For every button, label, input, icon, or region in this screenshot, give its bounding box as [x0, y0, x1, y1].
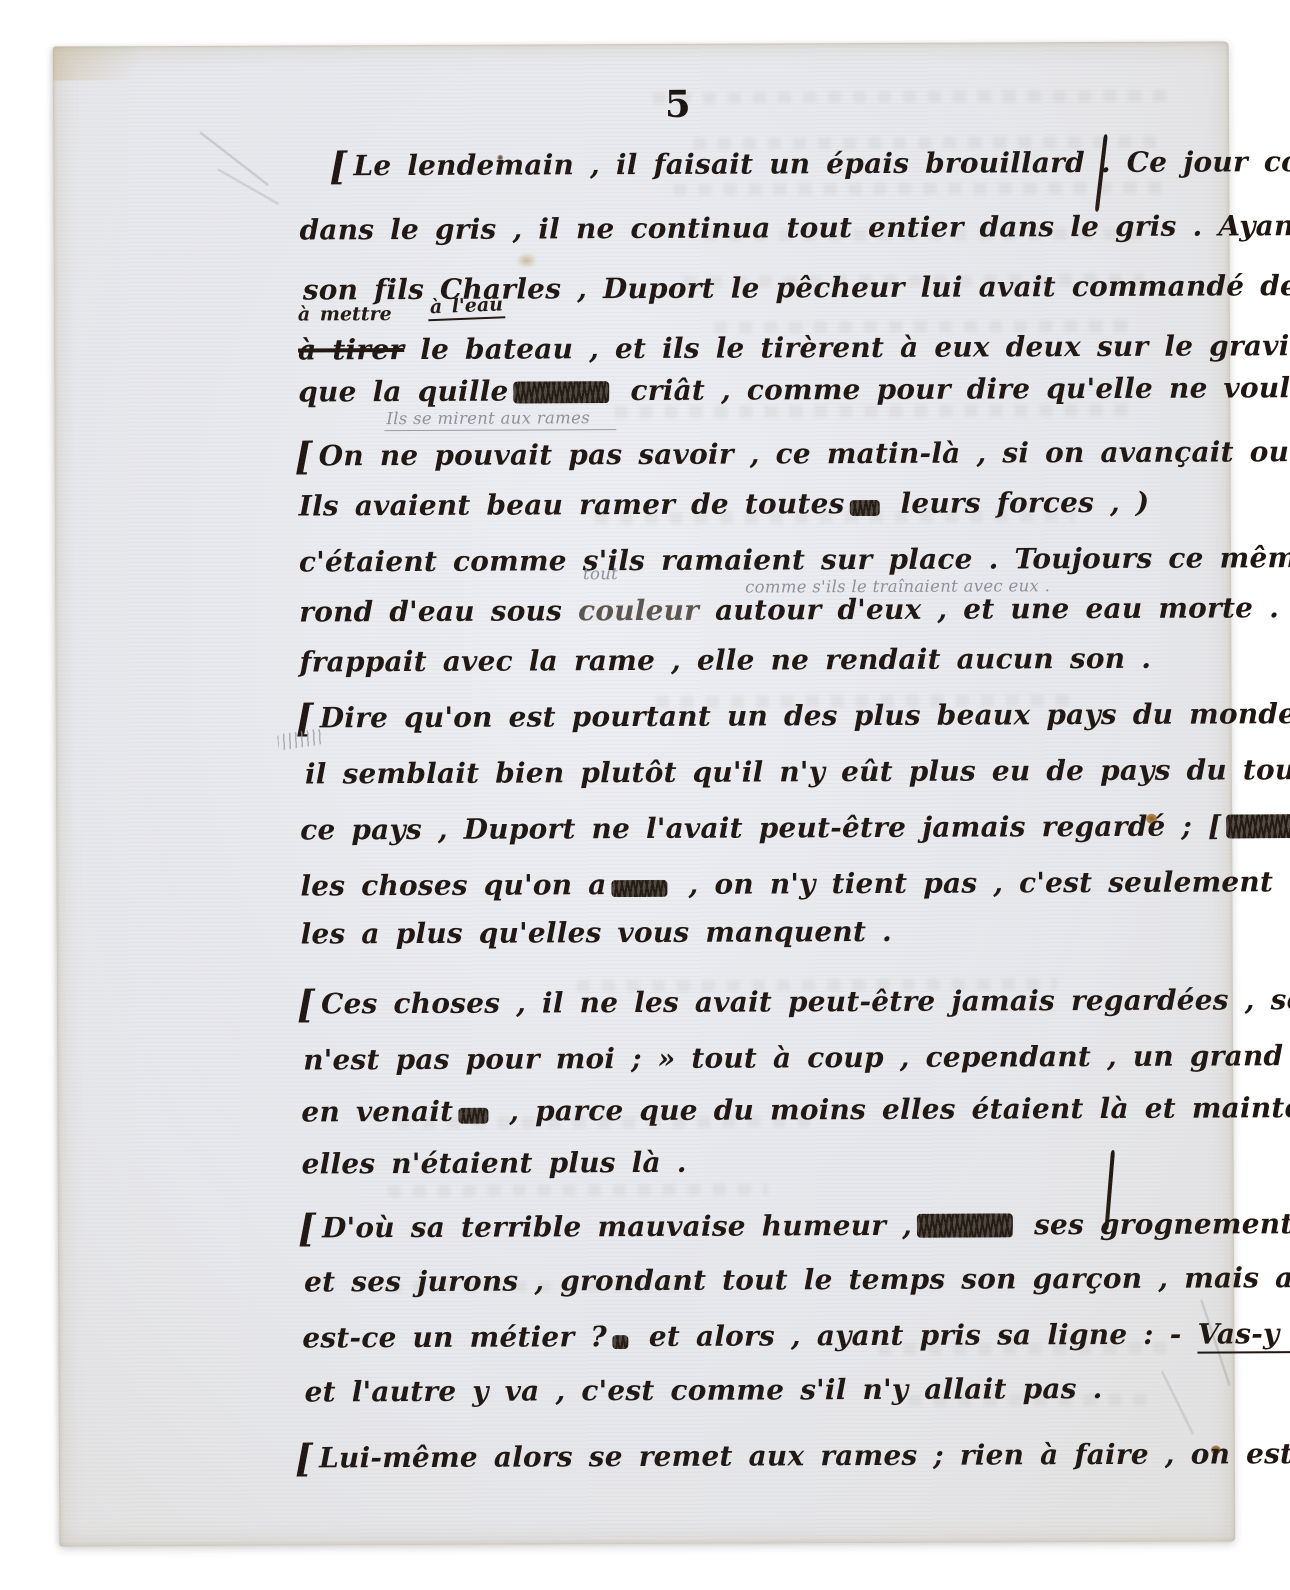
scratch-mark [1162, 1371, 1194, 1434]
bleedthrough-text [653, 90, 1173, 104]
manuscript-line: Ils avaient beau ramer de toutes leurs f… [299, 486, 1150, 524]
scanned-manuscript-page: 5 [Le lendemain , il faisait un épais br… [0, 0, 1290, 1590]
manuscript-line: est-ce un métier ? et alors , ayant pris… [302, 1317, 1290, 1355]
manuscript-line: n'est pas pour moi ; » tout à coup , cep… [303, 1038, 1290, 1077]
pencil-text: Ils se mirent aux rames [386, 408, 590, 428]
line-text: et alors , ayant pris sa ligne : - [633, 1318, 1198, 1353]
scribbled-out-word [612, 880, 668, 897]
line-text: Lui-même alors se remet aux rames ; rien… [319, 1436, 1290, 1474]
page-number: 5 [665, 82, 691, 126]
line-text: le bateau , et ils le tirèrent à eux deu… [404, 329, 1290, 366]
line-text: elles n'étaient plus là . [302, 1146, 687, 1181]
manuscript-line: elles n'étaient plus là . [302, 1146, 687, 1182]
line-text: Ces choses , il ne les avait peut-être j… [321, 982, 1290, 1020]
scribbled-out-word [1226, 814, 1290, 838]
manuscript-line: les a plus qu'elles vous manquent . [301, 915, 892, 952]
struck-word: à tirer [298, 333, 404, 366]
line-text: dans le gris , il ne continua tout entie… [299, 209, 1290, 247]
scribbled-out-word [612, 1335, 628, 1349]
manuscript-line: [Dire qu'on est pourtant un des plus bea… [296, 696, 1290, 735]
interlinear-insertion: à mettre [298, 303, 392, 325]
pencil-margin-note [277, 728, 323, 750]
manuscript-line: [On ne pouvait pas savoir , ce matin-là … [294, 435, 1290, 474]
crease-line [218, 168, 280, 204]
scribbled-out-word [850, 500, 880, 516]
line-text: leurs forces , ) [884, 486, 1149, 520]
crease-line [200, 132, 269, 186]
paragraph-mark: [ [297, 981, 315, 1026]
paragraph-mark: [ [294, 433, 312, 478]
line-text: est-ce un métier ? [302, 1320, 607, 1354]
line-text: , on n'y tient pas , c'est seulement qua… [672, 864, 1290, 901]
paper-sheet: 5 [Le lendemain , il faisait un épais br… [53, 41, 1236, 1546]
line-text: les a plus qu'elles vous manquent . [301, 915, 892, 951]
line-text: ce pays , Duport ne l'avait peut-être ja… [300, 809, 1221, 846]
worn-corner [53, 46, 173, 81]
line-text: que la quille [298, 375, 508, 409]
insertion-text: à mettre [298, 303, 392, 325]
manuscript-line: [Le lendemain , il faisait un épais brou… [329, 145, 1290, 184]
bleedthrough-text [673, 182, 1163, 196]
line-text: criât , comme pour dire qu'elle ne voula… [614, 371, 1290, 408]
paragraph-mark: [ [295, 1435, 313, 1480]
light-ink-word: couleur [578, 594, 699, 628]
line-text: frappait avec la rame , elle ne rendait … [299, 642, 1151, 679]
line-text: Le lendemain , il faisait un épais broui… [353, 145, 1290, 183]
line-text: et ses jurons , grondant tout le temps s… [304, 1261, 1290, 1299]
manuscript-line: et l'autre y va , c'est comme s'il n'y a… [305, 1372, 1103, 1409]
manuscript-line: frappait avec la rame , elle ne rendait … [299, 642, 1151, 680]
line-text: en venait [301, 1095, 453, 1129]
manuscript-line: dans le gris , il ne continua tout entie… [299, 209, 1290, 248]
line-text: c'étaient comme s'ils ramaient sur place… [299, 541, 1290, 579]
manuscript-line: à tirer le bateau , et ils le tirèrent à… [298, 329, 1290, 368]
line-text: et l'autre y va , c'est comme s'il n'y a… [305, 1372, 1103, 1408]
manuscript-line: que la quille criât , comme pour dire qu… [298, 371, 1290, 410]
paragraph-mark: [ [329, 143, 347, 188]
manuscript-line: c'étaient comme s'ils ramaient sur place… [299, 541, 1290, 580]
manuscript-line: rond d'eau sous couleur autour d'eux , e… [299, 591, 1290, 630]
underlined-exclamation: Vas-y ! [1197, 1317, 1290, 1353]
line-text: rond d'eau sous [299, 594, 578, 628]
scribbled-out-word [458, 1108, 488, 1124]
line-text: autour d'eux , et une eau morte . On la [699, 591, 1290, 627]
manuscript-line: [D'où sa terrible mauvaise humeur , ses … [298, 1207, 1290, 1245]
pencil-text: tout [583, 564, 618, 583]
manuscript-line: les choses qu'on a , on n'y tient pas , … [300, 864, 1290, 903]
stain [516, 252, 538, 268]
scribbled-out-word [513, 381, 609, 403]
line-text: Ils avaient beau ramer de toutes [299, 487, 845, 522]
insertion-text: à l'eau [429, 293, 503, 318]
manuscript-line: [Lui-même alors se remet aux rames ; rie… [295, 1436, 1290, 1475]
interlinear-insertion: à l'eau [427, 293, 505, 321]
manuscript-line: il semblait bien plutôt qu'il n'y eût pl… [305, 753, 1290, 792]
paragraph-mark: [ [298, 1205, 316, 1250]
line-text: les choses qu'on a [300, 868, 606, 902]
manuscript-line: [Ces choses , il ne les avait peut-être … [297, 982, 1290, 1021]
pencil-annotation: Ils se mirent aux rames [384, 408, 616, 431]
line-text: D'où sa terrible mauvaise humeur , [322, 1209, 912, 1245]
manuscript-line: ce pays , Duport ne l'avait peut-être ja… [300, 809, 1290, 848]
manuscript-line: et ses jurons , grondant tout le temps s… [304, 1261, 1290, 1300]
line-text: On ne pouvait pas savoir , ce matin-là ,… [319, 435, 1290, 473]
scribbled-out-word [917, 1213, 1013, 1237]
line-text: , parce que du moins elles étaient là et… [493, 1091, 1290, 1128]
pencil-annotation: tout [583, 564, 618, 583]
line-text: ses grognements [1018, 1207, 1290, 1241]
line-text: Dire qu'on est pourtant un des plus beau… [320, 697, 1290, 735]
line-text: il semblait bien plutôt qu'il n'y eût pl… [305, 753, 1290, 791]
bleedthrough-text [388, 1183, 768, 1197]
line-text: n'est pas pour moi ; » tout à coup , cep… [303, 1038, 1290, 1076]
manuscript-line: en venait , parce que du moins elles éta… [301, 1091, 1290, 1130]
